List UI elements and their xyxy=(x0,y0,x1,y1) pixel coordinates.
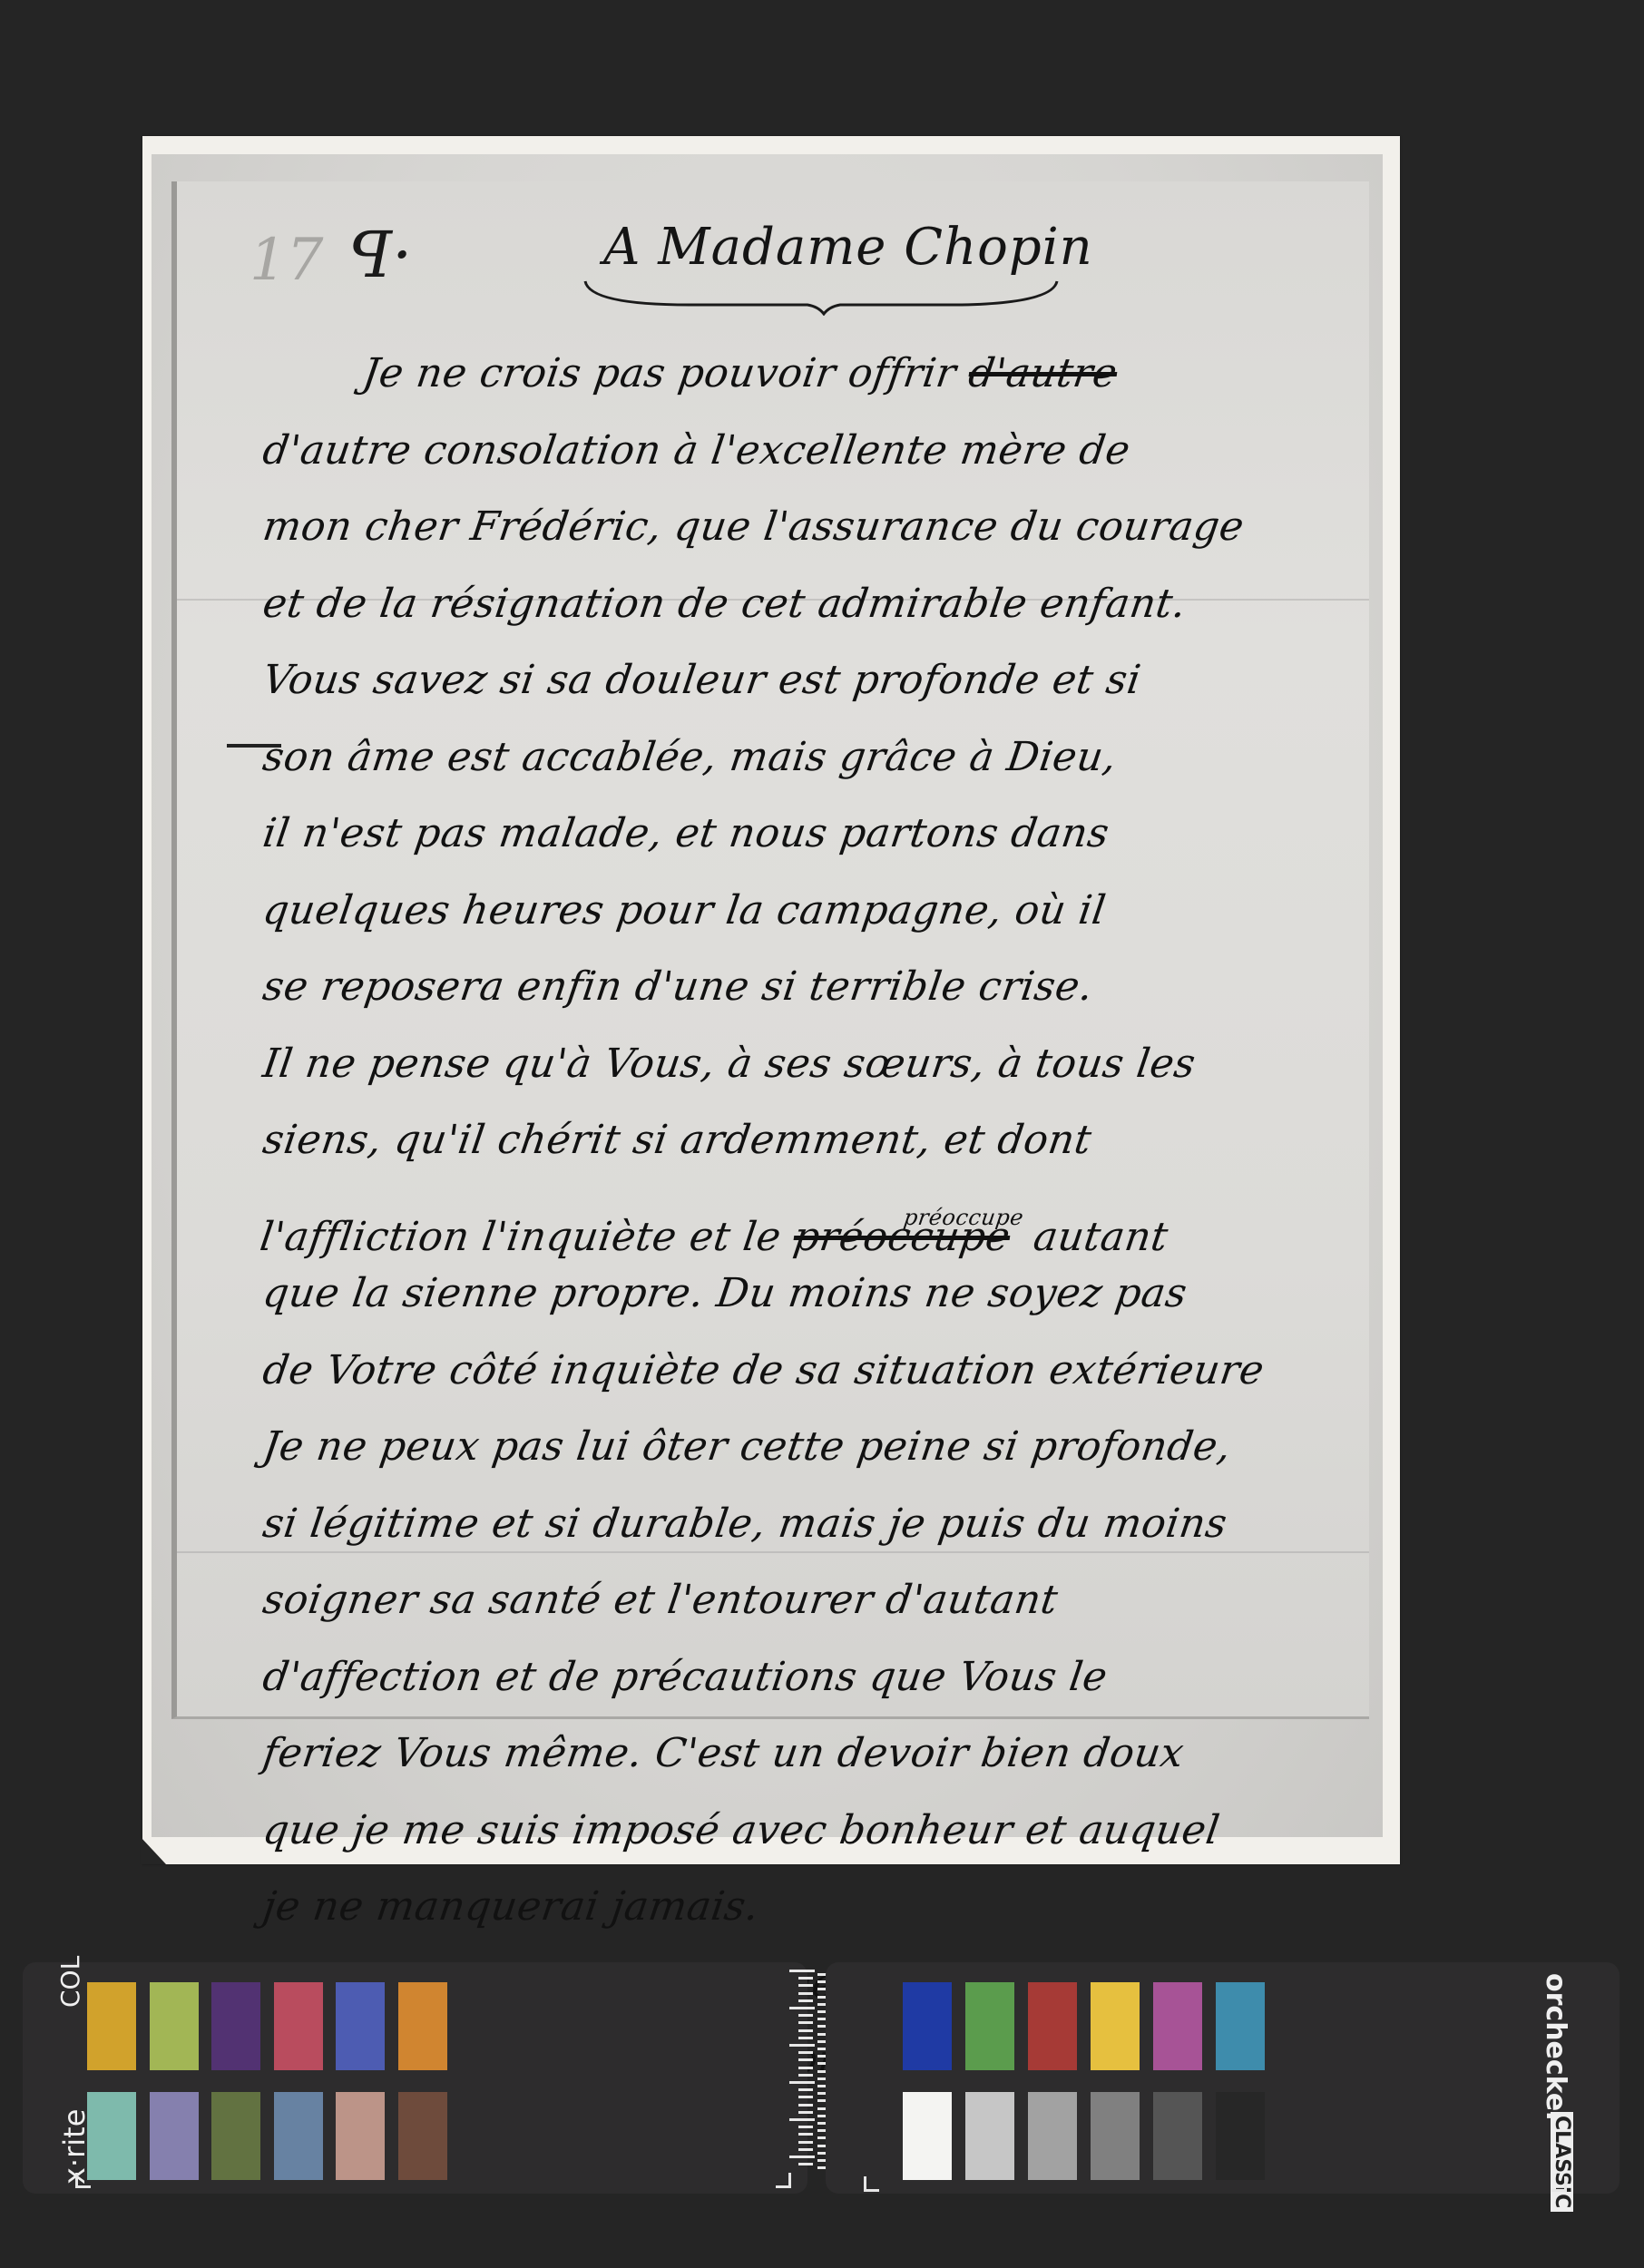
letter-line: je ne manquerai jamais. xyxy=(258,1869,1330,1946)
color-patch xyxy=(1028,2092,1077,2180)
color-patch xyxy=(1153,1982,1202,2070)
heading-underline-brace xyxy=(581,279,1062,316)
line-text: si légitime et si durable, mais je puis … xyxy=(260,1501,1230,1547)
line-text: que la sienne propre. Du moins ne soyez … xyxy=(260,1270,1190,1316)
color-patch xyxy=(903,1982,952,2070)
color-patch xyxy=(398,1982,447,2070)
letter-line: soigner sa santé et l'entourer d'autant xyxy=(258,1562,1330,1639)
photo-print: 17 ꟼ· A Madame Chopin Je ne crois pas po… xyxy=(142,136,1400,1864)
letter-body: Je ne crois pas pouvoir offrir d'autred'… xyxy=(263,336,1325,2099)
ruler-tick xyxy=(798,2096,813,2098)
ruler-tick xyxy=(798,1977,813,1980)
ruler-tick xyxy=(789,1970,815,1972)
line-text: de Votre côté inquiète de sa situation e… xyxy=(260,1347,1267,1393)
pencil-number: 17 xyxy=(250,227,323,294)
ruler-tick xyxy=(798,2014,813,2017)
line-text: d'autre consolation à l'excellente mère … xyxy=(260,427,1133,474)
color-patch xyxy=(150,2092,199,2180)
corner-mark xyxy=(75,2173,91,2188)
struck-word: d'autre xyxy=(965,350,1120,396)
letter-line: et de la résignation de cet admirable en… xyxy=(258,566,1330,643)
color-patch xyxy=(274,2092,323,2180)
line-text: d'affection et de précautions que Vous l… xyxy=(260,1654,1111,1700)
letter-line: Vous savez si sa douleur est profonde et… xyxy=(258,642,1330,719)
ruler-tick xyxy=(789,2118,815,2121)
color-patch xyxy=(1091,2092,1140,2180)
letter-line: que je me suis imposé avec bonheur et au… xyxy=(258,1793,1330,1870)
letter-line: se reposera enfin d'une si terrible cris… xyxy=(258,949,1330,1026)
color-patch xyxy=(965,2092,1014,2180)
letter-heading: A Madame Chopin xyxy=(603,218,1093,277)
letter-line: l'affliction l'inquiète et le préoccupep… xyxy=(258,1179,1330,1256)
ruler-tick xyxy=(798,2058,813,2061)
line-text: feriez Vous même. C'est un devoir bien d… xyxy=(260,1730,1188,1776)
colorchecker-wordmark: orchecker xyxy=(1540,1973,1571,2125)
folio-mark: ꟼ· xyxy=(349,218,412,292)
letter-line: mon cher Frédéric, que l'assurance du co… xyxy=(258,489,1330,566)
color-patch xyxy=(150,1982,199,2070)
letter-line: Je ne peux pas lui ôter cette peine si p… xyxy=(258,1409,1330,1486)
letter-line: d'affection et de précautions que Vous l… xyxy=(258,1639,1330,1716)
ruler-tick xyxy=(798,2163,813,2165)
line-text: quelques heures pour la campagne, où il xyxy=(260,887,1110,934)
folded-corner xyxy=(141,1837,166,1864)
ruler-tick xyxy=(798,2126,813,2128)
ruler-tick xyxy=(798,2021,813,2024)
color-patch xyxy=(1153,2092,1202,2180)
line-text: son âme est accablée, mais grâce à Dieu, xyxy=(260,734,1120,780)
letter-line: Il ne pense qu'à Vous, à ses sœurs, à to… xyxy=(258,1026,1330,1103)
color-patch xyxy=(87,1982,136,2070)
photographed-area: 17 ꟼ· A Madame Chopin Je ne crois pas po… xyxy=(152,154,1383,1837)
ruler-tick xyxy=(798,2111,813,2114)
ruler-tick xyxy=(798,1984,813,1987)
color-patch xyxy=(1028,1982,1077,2070)
letter-line: quelques heures pour la campagne, où il xyxy=(258,873,1330,950)
line-text: mon cher Frédéric, que l'assurance du co… xyxy=(260,503,1248,550)
classic-badge: CLASSIC xyxy=(1551,2112,1573,2212)
ruler-tick xyxy=(789,2156,815,2158)
color-patch xyxy=(336,2092,385,2180)
letter-line: d'autre consolation à l'excellente mère … xyxy=(258,413,1330,490)
ruler-tick xyxy=(789,2007,815,2009)
line-text: je ne manquerai jamais. xyxy=(260,1883,762,1930)
letter-line: de Votre côté inquiète de sa situation e… xyxy=(258,1333,1330,1410)
line-text: Je ne crois pas pouvoir offrir xyxy=(360,350,960,396)
ruler-tick xyxy=(798,2141,813,2144)
letter-line: son âme est accablée, mais grâce à Dieu, xyxy=(258,719,1330,797)
corner-mark xyxy=(864,2176,879,2192)
corner-mark xyxy=(1551,2176,1567,2192)
color-patch xyxy=(211,1982,260,2070)
color-patch xyxy=(903,2092,952,2180)
ruler-tick xyxy=(798,2133,813,2136)
ruler-tick xyxy=(798,2051,813,2054)
color-patch xyxy=(274,1982,323,2070)
color-patch xyxy=(336,1982,385,2070)
color-patch xyxy=(1091,1982,1140,2070)
color-patch xyxy=(87,2092,136,2180)
ruler-tick xyxy=(798,2088,813,2091)
ruler-tick xyxy=(798,1992,813,1995)
ruler-tick xyxy=(798,2037,813,2039)
ruler-tick xyxy=(798,2104,813,2107)
ruler-tick xyxy=(798,2074,813,2077)
interlinear-insertion: préoccupe xyxy=(902,1205,1025,1230)
line-text: il n'est pas malade, et nous partons dan… xyxy=(260,810,1112,856)
ruler-tick xyxy=(789,2081,815,2084)
line-text: l'affliction l'inquiète et le xyxy=(257,1214,784,1260)
line-text: que je me suis imposé avec bonheur et au… xyxy=(260,1807,1223,1853)
ruler-tick xyxy=(798,2067,813,2069)
line-text: Il ne pense qu'à Vous, à ses sœurs, à to… xyxy=(260,1041,1199,1087)
line-text: et de la résignation de cet admirable en… xyxy=(260,581,1189,627)
colorchecker-left-card: COL x·rite xyxy=(23,1962,807,2194)
ruler-tick xyxy=(798,2148,813,2151)
color-patch xyxy=(1216,1982,1265,2070)
line-text: Vous savez si sa douleur est profonde et… xyxy=(260,657,1144,703)
line-text: se reposera enfin d'une si terrible cris… xyxy=(260,963,1097,1010)
color-patch xyxy=(965,1982,1014,2070)
line-text: soigner sa santé et l'entourer d'autant xyxy=(260,1577,1062,1623)
letter-line: Je ne crois pas pouvoir offrir d'autre xyxy=(258,336,1330,413)
letter-sheet: 17 ꟼ· A Madame Chopin Je ne crois pas po… xyxy=(171,181,1369,1719)
line-text-continued: autant xyxy=(1031,1214,1171,1260)
ruler-tick xyxy=(789,2044,815,2047)
chart-label-col: COL xyxy=(55,1956,85,2008)
ruler-tick xyxy=(798,1999,813,2002)
letter-line: feriez Vous même. C'est un devoir bien d… xyxy=(258,1716,1330,1793)
letter-line: il n'est pas malade, et nous partons dan… xyxy=(258,796,1330,873)
color-patch xyxy=(211,2092,260,2180)
line-text: siens, qu'il chérit si ardemment, et don… xyxy=(260,1117,1095,1163)
color-patch xyxy=(1216,2092,1265,2180)
ruler-tick xyxy=(798,2029,813,2032)
color-patch xyxy=(398,2092,447,2180)
line-text: Je ne peux pas lui ôter cette peine si p… xyxy=(260,1423,1235,1470)
colorchecker-right-card: orchecker CLASSIC xyxy=(826,1962,1620,2194)
letter-line: siens, qu'il chérit si ardemment, et don… xyxy=(258,1102,1330,1179)
letter-line: si légitime et si durable, mais je puis … xyxy=(258,1486,1330,1563)
letter-line: que la sienne propre. Du moins ne soyez … xyxy=(258,1256,1330,1333)
